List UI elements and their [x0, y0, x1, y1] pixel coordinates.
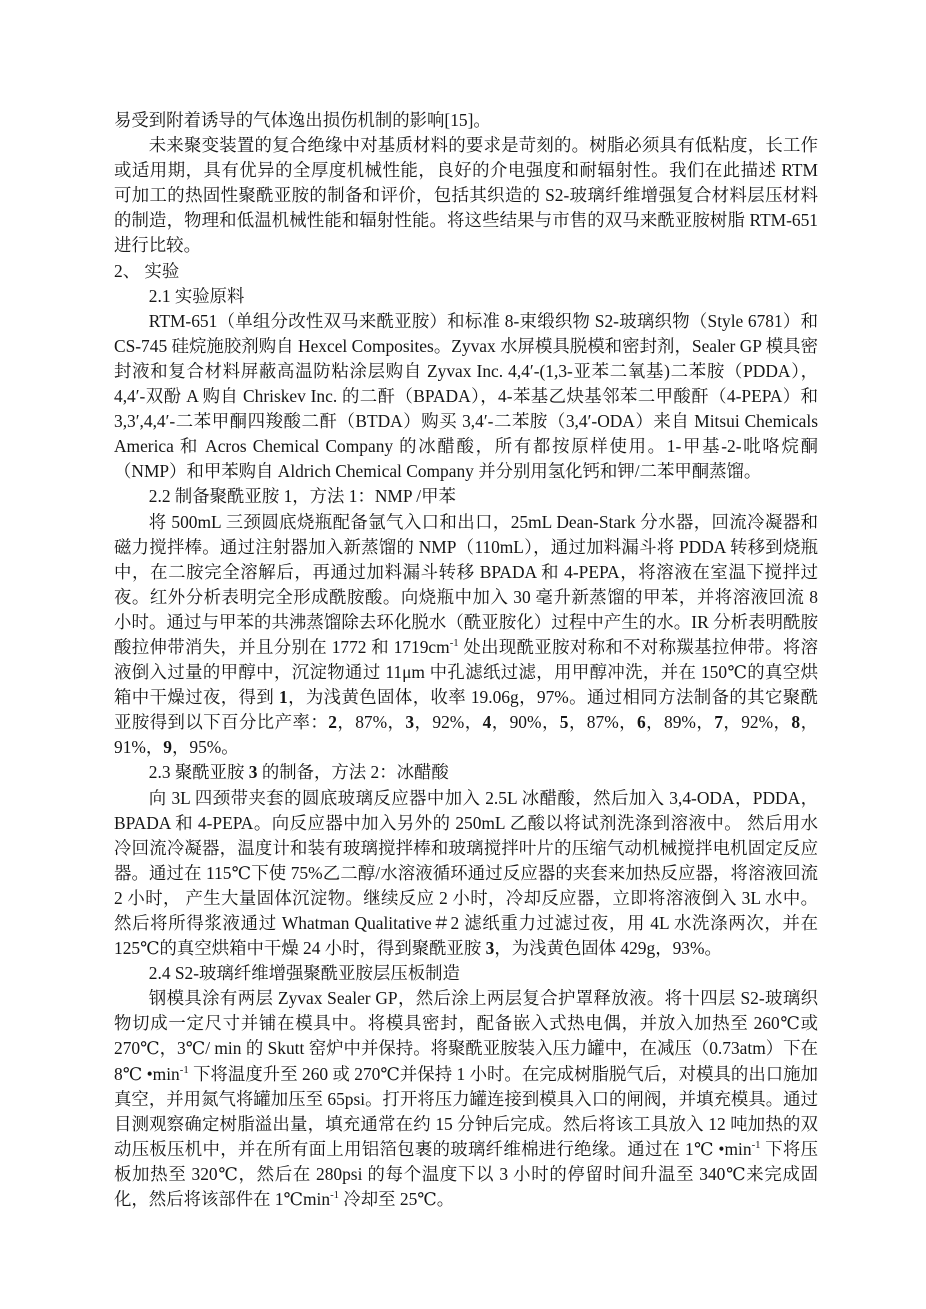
bold-compound-number: 6 — [637, 712, 646, 732]
body-paragraph: 未来聚变装置的复合绝缘中对基质材料的要求是苛刻的。树脂必须具有低粘度，长工作或适… — [114, 133, 818, 258]
text-run: 的制备，方法 2：冰醋酸 — [258, 762, 449, 782]
bold-compound-number: 7 — [714, 712, 723, 732]
bold-compound-number: 4 — [483, 712, 492, 732]
text-run: ，95%。 — [172, 737, 239, 757]
text-run: ，为浅黄色固体 429g，93%。 — [494, 938, 722, 958]
document-content: 易受到附着诱导的气体逸出损伤机制的影响[15]。未来聚变装置的复合绝缘中对基质材… — [114, 108, 818, 1212]
text-run: ，92%， — [414, 712, 483, 732]
text-run: 易受到附着诱导的气体逸出损伤机制的影响[15]。 — [114, 110, 491, 130]
bold-compound-number: 2 — [328, 712, 337, 732]
body-paragraph: RTM-651（单组分改性双马来酰亚胺）和标准 8-束缎织物 S2-玻璃织物（S… — [114, 309, 818, 485]
superscript-run: -1 — [450, 637, 459, 649]
section-heading: 2.4 S2-玻璃纤维增强聚酰亚胺层压板制造 — [114, 961, 818, 986]
text-run: ，87%， — [569, 712, 638, 732]
body-paragraph: 将 500mL 三颈圆底烧瓶配备氩气入口和出口，25mL Dean-Stark … — [114, 510, 818, 761]
bold-compound-number: 9 — [163, 737, 172, 757]
text-run: ，89%， — [646, 712, 715, 732]
text-run: 未来聚变装置的复合绝缘中对基质材料的要求是苛刻的。树脂必须具有低粘度，长工作或适… — [114, 135, 818, 255]
superscript-run: -1 — [330, 1189, 339, 1201]
text-run: RTM-651（单组分改性双马来酰亚胺）和标准 8-束缎织物 S2-玻璃织物（S… — [114, 311, 818, 482]
text-run: 向 3L 四颈带夹套的圆底玻璃反应器中加入 2.5L 冰醋酸，然后加入 3,4-… — [114, 788, 818, 959]
text-run: 将 500mL 三颈圆底烧瓶配备氩气入口和出口，25mL Dean-Stark … — [114, 512, 818, 657]
text-run: 2.4 S2-玻璃纤维增强聚酰亚胺层压板制造 — [149, 963, 460, 983]
bold-compound-number: 3 — [249, 762, 258, 782]
bold-compound-number: 3 — [405, 712, 414, 732]
superscript-run: -1 — [752, 1139, 761, 1151]
text-run: 下将温度升至 260 或 270℃并保持 1 小时。在完成树脂脱气后，对模具的出… — [114, 1064, 818, 1159]
bold-compound-number: 8 — [791, 712, 800, 732]
text-run: 2.1 实验原料 — [149, 286, 245, 306]
section-heading: 2.1 实验原料 — [114, 284, 818, 309]
body-paragraph: 易受到附着诱导的气体逸出损伤机制的影响[15]。 — [114, 108, 818, 133]
text-run: ，87%， — [337, 712, 406, 732]
superscript-run: -1 — [180, 1064, 189, 1076]
page: 易受到附着诱导的气体逸出损伤机制的影响[15]。未来聚变装置的复合绝缘中对基质材… — [0, 0, 926, 1309]
section-heading: 2、 实验 — [114, 259, 818, 284]
bold-compound-number: 1 — [279, 687, 288, 707]
body-paragraph: 钢模具涂有两层 Zyvax Sealer GP，然后涂上两层复合护罩释放液。将十… — [114, 986, 818, 1212]
bold-compound-number: 5 — [560, 712, 569, 732]
text-run: 2.3 聚酰亚胺 — [149, 762, 249, 782]
body-paragraph: 向 3L 四颈带夹套的圆底玻璃反应器中加入 2.5L 冰醋酸，然后加入 3,4-… — [114, 786, 818, 962]
text-run: ，92%， — [723, 712, 792, 732]
text-run: ，90%， — [491, 712, 560, 732]
section-heading: 2.3 聚酰亚胺 3 的制备，方法 2：冰醋酸 — [114, 760, 818, 785]
text-run: 2.2 制备聚酰亚胺 1，方法 1：NMP /甲苯 — [149, 486, 456, 506]
text-run: 冷却至 25℃。 — [339, 1189, 454, 1209]
section-heading: 2.2 制备聚酰亚胺 1，方法 1：NMP /甲苯 — [114, 484, 818, 509]
text-run: 2、 实验 — [114, 261, 179, 281]
